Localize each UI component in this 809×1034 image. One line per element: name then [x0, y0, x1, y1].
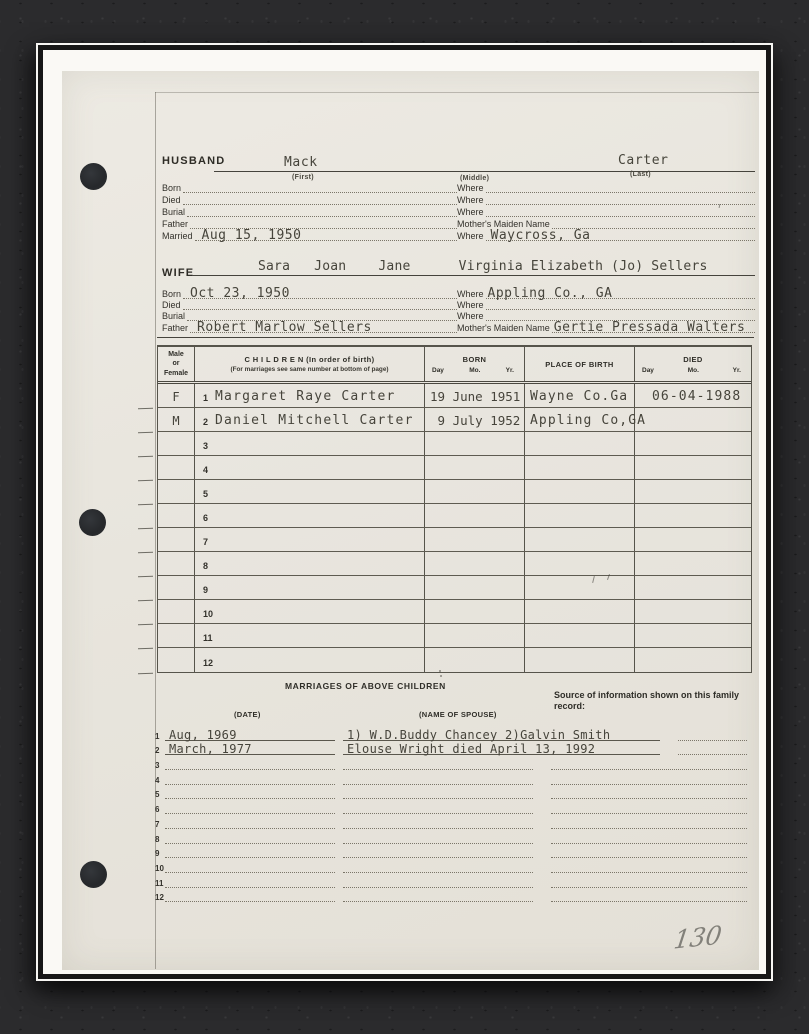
child-row-3: 3 — [158, 432, 751, 456]
spouse-field: Elouse Wright died April 13, 1992 — [343, 740, 660, 756]
child-died — [635, 624, 751, 647]
mother-value: Gertie Pressada Walters — [554, 320, 746, 335]
child-name: Daniel Mitchell Carter — [215, 413, 414, 428]
source-field — [551, 828, 747, 844]
child-born — [425, 456, 525, 479]
child-died: 06-04-1988 — [635, 384, 751, 407]
marriage-row-9: 9 — [155, 844, 747, 859]
child-row-12: 12 — [158, 648, 751, 672]
wife-father-row: Father Robert Marlow Sellers Mother's Ma… — [162, 321, 755, 333]
row-number: 1 — [203, 393, 208, 404]
father-label: Father — [162, 219, 190, 229]
yr-label: Yr. — [733, 367, 741, 374]
row-number: 3 — [203, 441, 208, 452]
scanned-photo: HUSBAND Mack Carter (First) (Middle) (La… — [36, 43, 773, 981]
born-day-mo-yr: Day Mo. Yr. — [425, 364, 524, 374]
source-field — [551, 754, 747, 770]
child-name-cell: 2Daniel Mitchell Carter — [195, 408, 425, 431]
child-name-cell: 5 — [195, 480, 425, 503]
child-sex — [158, 576, 195, 599]
child-birthplace: Wayne Co.Ga — [525, 384, 635, 407]
child-born — [425, 624, 525, 647]
child-sex — [158, 600, 195, 623]
spouse-field — [343, 872, 533, 888]
row-number: 4 — [155, 776, 165, 785]
marriage-row-7: 7 — [155, 814, 747, 829]
marriage-date-field: Aug, 1969 — [165, 725, 335, 741]
scan-speck — [439, 670, 441, 672]
child-died — [635, 408, 751, 431]
child-name-cell: 10 — [195, 600, 425, 623]
child-name: Margaret Raye Carter — [215, 389, 396, 404]
row-number: 7 — [203, 537, 208, 548]
children-table-header: Male or Female C H I L D R E N (In order… — [158, 347, 751, 384]
wife-section-label: WIFE — [162, 267, 194, 279]
spouse-field — [343, 784, 533, 800]
sex-column-header: Male or Female — [158, 347, 195, 381]
burial-label: Burial — [162, 207, 187, 217]
marriage-row-6: 6 — [155, 799, 747, 814]
born-label: Born — [162, 183, 183, 193]
husband-married-row: Married Aug 15, 1950 Where Waycross, Ga — [162, 229, 755, 241]
row-number: 11 — [203, 633, 213, 644]
children-column-header: C H I L D R E N (In order of birth) (For… — [195, 347, 425, 381]
child-died — [635, 432, 751, 455]
spouse-field — [343, 887, 533, 903]
row-number: 1 — [155, 732, 165, 741]
marriage-date-field: March, 1977 — [165, 740, 335, 756]
mother-part: Mother's Maiden Name Gertie Pressada Wal… — [457, 321, 755, 333]
mo-label: Mo. — [469, 367, 480, 374]
last-name-sublabel: (Last) — [630, 171, 651, 178]
father-field: Robert Marlow Sellers — [190, 320, 457, 333]
died-header-title: DIED — [635, 355, 751, 364]
child-died — [635, 600, 751, 623]
child-row-4: 4 — [158, 456, 751, 480]
source-field — [551, 872, 747, 888]
mother-maiden-name-label: Mother's Maiden Name — [457, 323, 552, 333]
child-row-11: 11 — [158, 624, 751, 648]
spouse-field — [343, 828, 533, 844]
child-sex — [158, 480, 195, 503]
child-name-cell: 3 — [195, 432, 425, 455]
source-field — [551, 857, 747, 873]
child-sex: M — [158, 408, 195, 431]
died-label: Died — [162, 195, 183, 205]
married-where-field: Waycross, Ga — [486, 228, 755, 241]
date-column-header: (DATE) — [234, 710, 261, 719]
marriage-date-field — [165, 857, 335, 873]
children-header-subtitle: (For marriages see same number at bottom… — [195, 366, 424, 373]
child-birthplace: Appling Co,GA — [525, 408, 635, 431]
where-label: Where — [457, 195, 486, 205]
child-birthplace — [525, 576, 635, 599]
born-header-title: BORN — [425, 355, 524, 364]
child-died — [635, 576, 751, 599]
child-row-9: 9 — [158, 576, 751, 600]
day-label: Day — [432, 367, 444, 374]
child-name-cell: 7 — [195, 528, 425, 551]
family-record-page: HUSBAND Mack Carter (First) (Middle) (La… — [62, 71, 759, 970]
child-birthplace — [525, 552, 635, 575]
page-number: 130 — [672, 920, 724, 955]
marriage-rows: 1 Aug, 1969 1) W.D.Buddy Chancey 2)Galvi… — [155, 726, 747, 902]
child-sex — [158, 624, 195, 647]
child-born — [425, 504, 525, 527]
child-died — [635, 552, 751, 575]
hole-punch-middle — [79, 509, 106, 536]
child-birthplace — [525, 480, 635, 503]
row-number: 9 — [203, 585, 208, 596]
where-label: Where — [457, 183, 486, 193]
where-label: Where — [457, 231, 486, 241]
marriage-date-field — [165, 887, 335, 903]
where-label: Where — [457, 311, 486, 321]
source-field — [551, 813, 747, 829]
row-number: 6 — [203, 513, 208, 524]
father-value: Robert Marlow Sellers — [197, 320, 372, 335]
child-died — [635, 528, 751, 551]
child-birthplace — [525, 432, 635, 455]
child-died — [635, 456, 751, 479]
child-sex: F — [158, 384, 195, 407]
husband-last-name: Carter — [618, 153, 669, 168]
child-birthplace — [525, 456, 635, 479]
row-number: 2 — [203, 417, 208, 428]
child-row-8: 8 — [158, 552, 751, 576]
source-field — [551, 784, 747, 800]
marriages-title: MARRIAGES OF ABOVE CHILDREN — [285, 681, 446, 691]
marriage-date-field — [165, 813, 335, 829]
child-birthplace — [525, 600, 635, 623]
child-row-2: M 2Daniel Mitchell Carter 9 July 1952 Ap… — [158, 408, 751, 432]
child-born — [425, 600, 525, 623]
row-number: 5 — [155, 790, 165, 799]
child-died — [635, 648, 751, 672]
child-born: 19 June 1951 — [425, 384, 525, 407]
row-number: 9 — [155, 849, 165, 858]
husband-name-line: Mack Carter — [214, 157, 755, 172]
row-number: 10 — [203, 609, 213, 620]
married-where-value: Waycross, Ga — [491, 228, 591, 243]
children-table: Male or Female C H I L D R E N (In order… — [157, 345, 752, 673]
marriage-row-11: 11 — [155, 873, 747, 888]
child-sex — [158, 552, 195, 575]
married-label: Married — [162, 231, 195, 241]
spouse-field — [343, 843, 533, 859]
child-born — [425, 432, 525, 455]
child-born — [425, 552, 525, 575]
row-number: 2 — [155, 746, 165, 755]
born-column-header: BORN Day Mo. Yr. — [425, 347, 525, 381]
spouse-field — [343, 798, 533, 814]
child-name-cell: 11 — [195, 624, 425, 647]
child-born — [425, 576, 525, 599]
mo-label: Mo. — [688, 367, 699, 374]
photo-frame: HUSBAND Mack Carter (First) (Middle) (La… — [38, 45, 771, 979]
scan-speck — [440, 675, 442, 677]
row-number: 3 — [155, 761, 165, 770]
child-birthplace — [525, 504, 635, 527]
marriage-date-field — [165, 828, 335, 844]
child-row-1: F 1Margaret Raye Carter 19 June 1951 Way… — [158, 384, 751, 408]
marriage-row-8: 8 — [155, 829, 747, 844]
married-where-part: Where Waycross, Ga — [457, 229, 755, 241]
marriage-date-field — [165, 769, 335, 785]
day-label: Day — [642, 367, 654, 374]
died-day-mo-yr: Day Mo. Yr. — [635, 364, 751, 374]
row-number: 12 — [155, 893, 165, 902]
marriage-row-2: 2 March, 1977 Elouse Wright died April 1… — [155, 741, 747, 756]
spouse-field — [343, 754, 533, 770]
child-sex — [158, 504, 195, 527]
child-birthplace — [525, 648, 635, 672]
source-field — [551, 769, 747, 785]
row-number: 7 — [155, 820, 165, 829]
spouse-field — [343, 857, 533, 873]
spouse-field: 1) W.D.Buddy Chancey 2)Galvin Smith — [343, 725, 660, 741]
child-born — [425, 528, 525, 551]
marriage-date-field — [165, 798, 335, 814]
spouse-field — [343, 813, 533, 829]
died-column-header: DIED Day Mo. Yr. — [635, 347, 751, 381]
child-sex — [158, 456, 195, 479]
marriage-date-field — [165, 872, 335, 888]
source-field — [678, 725, 747, 741]
child-row-10: 10 — [158, 600, 751, 624]
marriage-row-5: 5 — [155, 785, 747, 800]
wife-name: Sara Joan Jane Virginia Elizabeth (Jo) S… — [258, 259, 708, 274]
child-birthplace — [525, 528, 635, 551]
marriage-row-12: 12 — [155, 888, 747, 903]
child-name-cell: 1Margaret Raye Carter — [195, 384, 425, 407]
child-name-cell: 12 — [195, 648, 425, 672]
marriage-date-field — [165, 754, 335, 770]
hole-punch-bottom — [80, 861, 107, 888]
burial-label: Burial — [162, 311, 187, 321]
child-died — [635, 480, 751, 503]
child-birthplace — [525, 624, 635, 647]
married-value: Aug 15, 1950 — [202, 228, 302, 243]
child-died — [635, 504, 751, 527]
where-label: Where — [457, 207, 486, 217]
child-row-7: 7 — [158, 528, 751, 552]
marriage-date-field — [165, 843, 335, 859]
source-of-information-note: Source of information shown on this fami… — [554, 690, 754, 713]
source-field — [551, 798, 747, 814]
row-number: 8 — [155, 835, 165, 844]
marriage-date-field — [165, 784, 335, 800]
row-number: 11 — [155, 879, 165, 888]
wife-name-line: Sara Joan Jane Virginia Elizabeth (Jo) S… — [192, 259, 755, 276]
yr-label: Yr. — [506, 367, 514, 374]
source-field — [551, 887, 747, 903]
source-field — [551, 843, 747, 859]
husband-first-name: Mack — [284, 155, 318, 170]
marriage-row-3: 3 — [155, 755, 747, 770]
child-name-cell: 6 — [195, 504, 425, 527]
marriage-row-10: 10 — [155, 858, 747, 873]
marriage-row-1: 1 Aug, 1969 1) W.D.Buddy Chancey 2)Galvi… — [155, 726, 747, 741]
child-row-5: 5 — [158, 480, 751, 504]
row-number: 8 — [203, 561, 208, 572]
place-column-header: PLACE OF BIRTH — [525, 347, 635, 381]
form-top-rule — [155, 92, 759, 93]
child-name-cell: 8 — [195, 552, 425, 575]
child-born: 9 July 1952 — [425, 408, 525, 431]
child-sex — [158, 528, 195, 551]
row-number: 6 — [155, 805, 165, 814]
row-number: 5 — [203, 489, 208, 500]
child-born — [425, 480, 525, 503]
child-name-cell: 4 — [195, 456, 425, 479]
row-number: 4 — [203, 465, 208, 476]
father-label: Father — [162, 323, 190, 333]
place-header-title: PLACE OF BIRTH — [525, 360, 634, 369]
mother-field: Gertie Pressada Walters — [552, 320, 755, 333]
spouse-column-header: (NAME OF SPOUSE) — [419, 710, 497, 719]
hole-punch-top — [80, 163, 107, 190]
married-field: Aug 15, 1950 — [195, 228, 457, 241]
row-number: 10 — [155, 864, 165, 873]
child-name-cell: 9 — [195, 576, 425, 599]
child-born — [425, 648, 525, 672]
child-row-6: 6 — [158, 504, 751, 528]
row-number: 12 — [203, 658, 213, 669]
wife-section-bottom-rule — [157, 337, 754, 338]
children-header-title: C H I L D R E N (In order of birth) — [195, 355, 424, 364]
source-field — [678, 740, 747, 756]
child-sex — [158, 432, 195, 455]
child-sex — [158, 648, 195, 672]
spouse-field — [343, 769, 533, 785]
marriage-row-4: 4 — [155, 770, 747, 785]
